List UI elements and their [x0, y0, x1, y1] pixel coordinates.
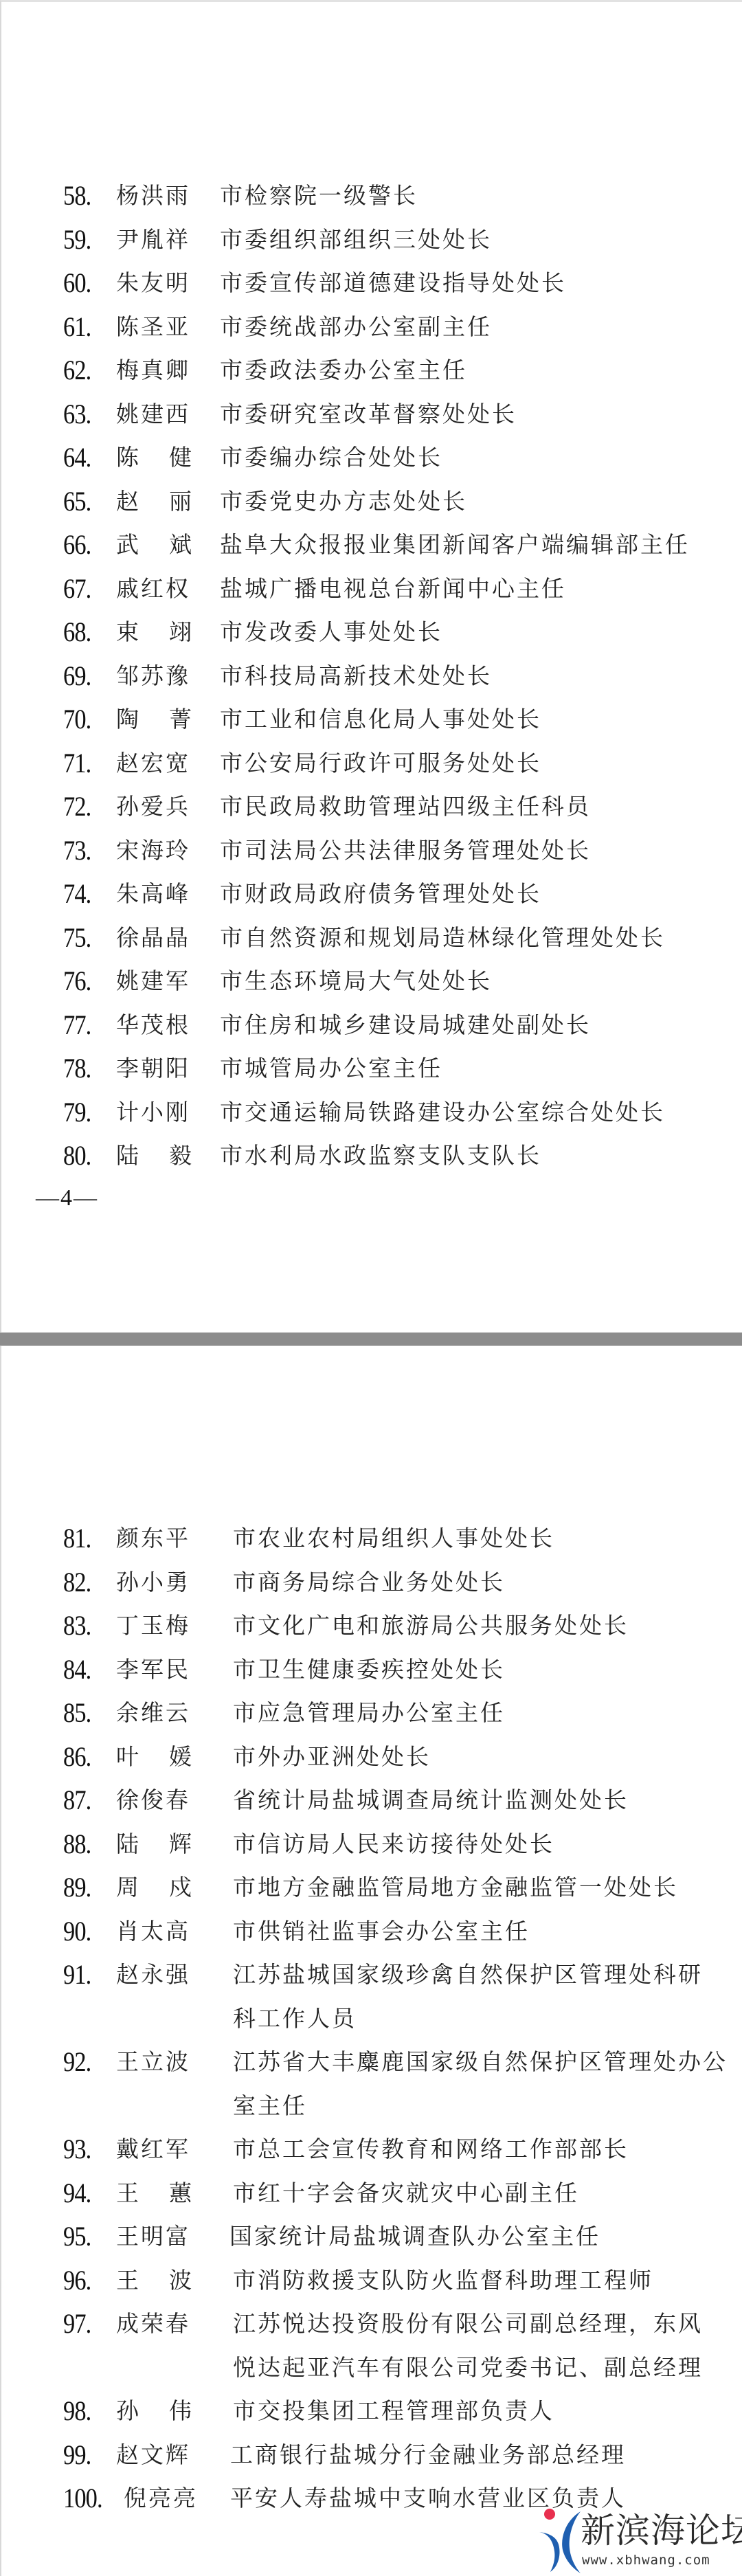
entry-position: 市住房和城乡建设局城建处副处长 [220, 1011, 591, 1039]
entry-name-char: 伟 [169, 2397, 192, 2425]
entry-name: 叶媛 [116, 1743, 192, 1771]
entry-name-char: 翊 [169, 618, 192, 646]
list-entry: 86.叶媛市外办亚洲处处长 [1, 1743, 742, 1771]
entry-position: 市地方金融监管局地方金融监管一处处长 [233, 1874, 678, 1901]
list-entry: 66.武斌盐阜大众报报业集团新闻客户端编辑部主任 [1, 531, 742, 559]
entry-number: 89. [63, 1874, 91, 1901]
entry-name: 杨洪雨 [116, 182, 192, 210]
list-entry: 95.王明富国家统计局盐城调查队办公室主任 [1, 2223, 742, 2250]
entry-position: 悦达起亚汽车有限公司党委书记、副总经理 [233, 2354, 703, 2382]
entry-name: 尹胤祥 [116, 226, 192, 254]
entry-name-char: 斌 [169, 531, 192, 559]
entry-position: 市委编办综合处处长 [220, 444, 442, 471]
entry-name-char: 束 [116, 618, 139, 646]
entry-number: 91. [63, 1961, 91, 1989]
entry-number: 95. [63, 2223, 91, 2250]
entry-name: 孙小勇 [116, 1569, 192, 1596]
list-entry: 63.姚建西市委研究室改革督察处处长 [1, 401, 742, 428]
entry-number: 99. [63, 2441, 91, 2469]
entry-number: 68. [63, 618, 91, 646]
entry-number: 75. [63, 924, 91, 952]
entry-name: 周戍 [116, 1874, 192, 1901]
entry-number: 58. [63, 182, 91, 210]
list-entry: 74.朱高峰市财政局政府债务管理处处长 [1, 880, 742, 908]
entry-name-char: 戍 [169, 1874, 192, 1901]
list-entry: 93.戴红军市总工会宣传教育和网络工作部部长 [1, 2136, 742, 2163]
entry-name: 戚红权 [116, 575, 192, 603]
entry-number: 76. [63, 967, 91, 995]
entry-name: 陈圣亚 [116, 313, 192, 341]
entry-position: 市检察院一级警长 [220, 182, 418, 210]
entry-position: 市委党史办方志处处长 [220, 488, 467, 515]
entry-name-char: 王 [116, 2180, 139, 2207]
entry-name-char: 叶 [116, 1743, 139, 1771]
page-number: —4— [36, 1187, 98, 1210]
entry-position: 室主任 [233, 2092, 307, 2120]
entry-number: 69. [63, 662, 91, 690]
xinbinhai-logo-icon [538, 2506, 586, 2575]
entry-position: 市总工会宣传教育和网络工作部部长 [233, 2136, 629, 2163]
entry-position: 国家统计局盐城调查队办公室主任 [229, 2223, 600, 2250]
list-entry: 60.朱友明市委宣传部道德建设指导处处长 [1, 269, 742, 297]
entry-name: 王明富 [116, 2223, 192, 2250]
entry-name: 赵文辉 [116, 2441, 192, 2469]
entry-name-char: 丽 [169, 488, 192, 515]
list-entry: 62.梅真卿市委政法委办公室主任 [1, 357, 742, 384]
list-entry: 99.赵文辉工商银行盐城分行金融业务部总经理 [1, 2441, 742, 2469]
list-entry: 96.王波市消防救援支队防火监督科助理工程师 [1, 2267, 742, 2294]
entry-number: 62. [63, 357, 91, 384]
entry-position: 市司法局公共法律服务管理处处长 [220, 837, 591, 864]
list-entry: 91.赵永强江苏盐城国家级珍禽自然保护区管理处科研 [1, 1961, 742, 1989]
entry-name: 李军民 [116, 1656, 192, 1683]
entry-name: 倪亮亮 [124, 2485, 199, 2512]
list-entry: 75.徐晶晶市自然资源和规划局造林绿化管理处处长 [1, 924, 742, 952]
entry-name-char: 周 [116, 1874, 139, 1901]
entry-number: 77. [63, 1011, 91, 1039]
entry-name: 肖太高 [116, 1918, 192, 1945]
list-entry: 89.周戍市地方金融监管局地方金融监管一处处长 [1, 1874, 742, 1901]
entry-name: 束翊 [116, 618, 192, 646]
entry-name-char: 媛 [169, 1743, 192, 1771]
entry-name-char: 武 [116, 531, 139, 559]
entry-position: 市委政法委办公室主任 [220, 357, 467, 384]
entry-name: 朱高峰 [116, 880, 192, 908]
entry-name: 陶菁 [116, 706, 192, 733]
entry-position: 市文化广电和旅游局公共服务处处长 [233, 1612, 629, 1639]
list-entry: 71.赵宏宽市公安局行政许可服务处处长 [1, 750, 742, 777]
entry-name: 王蕙 [116, 2180, 192, 2207]
entry-name: 陆辉 [116, 1830, 192, 1858]
list-entry: 82.孙小勇市商务局综合业务处处长 [1, 1569, 742, 1596]
entry-number: 88. [63, 1830, 91, 1858]
list-entry-continuation: 科工作人员 [1, 2005, 742, 2032]
entry-position: 市委统战部办公室副主任 [220, 313, 492, 341]
entry-name: 赵永强 [116, 1961, 192, 1989]
entry-position: 工商银行盐城分行金融业务部总经理 [230, 2441, 626, 2469]
list-entry: 98.孙伟市交投集团工程管理部负责人 [1, 2397, 742, 2425]
list-entry: 87.徐俊春省统计局盐城调查局统计监测处处长 [1, 1787, 742, 1814]
list-entry: 68.束翊市发改委人事处处长 [1, 618, 742, 646]
watermark-title: 新滨海论坛 [581, 2511, 742, 2550]
list-entry-continuation: 悦达起亚汽车有限公司党委书记、副总经理 [1, 2354, 742, 2382]
entry-number: 61. [63, 313, 91, 341]
entry-position: 市科技局高新技术处处长 [220, 662, 492, 690]
list-entry: 72.孙爱兵市民政局救助管理站四级主任科员 [1, 793, 742, 820]
entry-name-char: 菁 [169, 706, 192, 733]
entry-number: 71. [63, 750, 91, 777]
entry-number: 94. [63, 2180, 91, 2207]
entry-number: 87. [63, 1787, 91, 1814]
entry-position: 市发改委人事处处长 [220, 618, 442, 646]
entry-name: 戴红军 [116, 2136, 192, 2163]
document-page-4: 58.杨洪雨市检察院一级警长59.尹胤祥市委组织部组织三处处长60.朱友明市委宣… [0, 0, 742, 1332]
entry-name: 陆毅 [116, 1142, 192, 1169]
entry-name-char: 陆 [116, 1142, 139, 1169]
entry-number: 83. [63, 1612, 91, 1639]
entry-position: 市农业农村局组织人事处处长 [233, 1525, 554, 1552]
entry-number: 92. [63, 2048, 91, 2076]
entry-position: 江苏盐城国家级珍禽自然保护区管理处科研 [233, 1961, 703, 1989]
entry-number: 65. [63, 488, 91, 515]
entry-position: 市公安局行政许可服务处处长 [220, 750, 541, 777]
entry-number: 86. [63, 1743, 91, 1771]
entry-number: 79. [63, 1099, 91, 1126]
list-entry: 77.华茂根市住房和城乡建设局城建处副处长 [1, 1011, 742, 1039]
entry-position: 市民政局救助管理站四级主任科员 [220, 793, 591, 820]
entry-number: 80. [63, 1142, 91, 1169]
entry-position: 市信访局人民来访接待处处长 [233, 1830, 554, 1858]
entry-position: 江苏省大丰麋鹿国家级自然保护区管理处办公 [233, 2048, 728, 2076]
list-entry: 70.陶菁市工业和信息化局人事处处长 [1, 706, 742, 733]
entry-name-char: 陶 [116, 706, 139, 733]
entry-number: 90. [63, 1918, 91, 1945]
entry-name-char: 健 [169, 444, 192, 471]
list-entry: 76.姚建军市生态环境局大气处处长 [1, 967, 742, 995]
entry-position: 市委组织部组织三处处长 [220, 226, 492, 254]
entry-name: 颜东平 [116, 1525, 192, 1552]
entry-number: 98. [63, 2397, 91, 2425]
entry-position: 市卫生健康委疾控处处长 [233, 1656, 505, 1683]
list-entry: 64.陈健市委编办综合处处长 [1, 444, 742, 471]
entry-name: 孙伟 [116, 2397, 192, 2425]
entry-number: 59. [63, 226, 91, 254]
entry-position: 市委研究室改革督察处处长 [220, 401, 517, 428]
entry-name-char: 毅 [169, 1142, 192, 1169]
list-entry-continuation: 室主任 [1, 2092, 742, 2120]
list-entry: 84.李军民市卫生健康委疾控处处长 [1, 1656, 742, 1683]
list-entry: 80.陆毅市水利局水政监察支队支队长 [1, 1142, 742, 1169]
entry-number: 64. [63, 444, 91, 471]
entry-position: 市红十字会备灾就灾中心副主任 [233, 2180, 579, 2207]
entry-number: 84. [63, 1656, 91, 1683]
list-entry: 79.计小刚市交通运输局铁路建设办公室综合处处长 [1, 1099, 742, 1126]
entry-name: 赵宏宽 [116, 750, 192, 777]
entry-name-char: 王 [116, 2267, 139, 2294]
entry-number: 67. [63, 575, 91, 603]
watermark-url: www.xbhwang.com [582, 2553, 710, 2568]
entry-name-char: 辉 [169, 1830, 192, 1858]
list-entry: 85.余维云市应急管理局办公室主任 [1, 1699, 742, 1727]
entry-number: 93. [63, 2136, 91, 2163]
entry-number: 97. [63, 2310, 91, 2338]
list-entry: 65.赵丽市委党史办方志处处长 [1, 488, 742, 515]
entry-position: 市城管局办公室主任 [220, 1055, 442, 1082]
entry-position: 市工业和信息化局人事处处长 [220, 706, 541, 733]
entry-name: 李朝阳 [116, 1055, 192, 1082]
entry-name-char: 陆 [116, 1830, 139, 1858]
entry-name: 邹苏豫 [116, 662, 192, 690]
entry-position: 市消防救援支队防火监督科助理工程师 [233, 2267, 653, 2294]
list-entry: 69.邹苏豫市科技局高新技术处处长 [1, 662, 742, 690]
list-entry: 61.陈圣亚市委统战部办公室副主任 [1, 313, 742, 341]
entry-position: 市交通运输局铁路建设办公室综合处处长 [220, 1099, 665, 1126]
list-entry: 83.丁玉梅市文化广电和旅游局公共服务处处长 [1, 1612, 742, 1639]
entry-position: 市供销社监事会办公室主任 [233, 1918, 530, 1945]
list-entry: 58.杨洪雨市检察院一级警长 [1, 182, 742, 210]
list-entry: 92.王立波江苏省大丰麋鹿国家级自然保护区管理处办公 [1, 2048, 742, 2076]
entry-number: 100. [63, 2485, 102, 2512]
entry-name: 赵丽 [116, 488, 192, 515]
entry-number: 85. [63, 1699, 91, 1727]
entry-name: 孙爱兵 [116, 793, 192, 820]
entry-number: 82. [63, 1569, 91, 1596]
entry-name-char: 蕙 [169, 2180, 192, 2207]
list-entry: 94.王蕙市红十字会备灾就灾中心副主任 [1, 2180, 742, 2207]
list-entry: 67.戚红权盐城广播电视总台新闻中心主任 [1, 575, 742, 603]
entry-position: 市应急管理局办公室主任 [233, 1699, 505, 1727]
entry-name: 成荣春 [116, 2310, 192, 2338]
entry-name: 徐俊春 [116, 1787, 192, 1814]
entry-number: 63. [63, 401, 91, 428]
entry-number: 74. [63, 880, 91, 908]
entry-number: 70. [63, 706, 91, 733]
entry-name-char: 孙 [116, 2397, 139, 2425]
entry-position: 市自然资源和规划局造林绿化管理处处长 [220, 924, 665, 952]
list-entry: 90.肖太高市供销社监事会办公室主任 [1, 1918, 742, 1945]
entry-number: 73. [63, 837, 91, 864]
entry-position: 江苏悦达投资股份有限公司副总经理，东风 [233, 2310, 703, 2338]
list-entry: 59.尹胤祥市委组织部组织三处处长 [1, 226, 742, 254]
entry-number: 60. [63, 269, 91, 297]
entry-number: 96. [63, 2267, 91, 2294]
entry-name: 姚建西 [116, 401, 192, 428]
entry-name: 王波 [116, 2267, 192, 2294]
entry-number: 72. [63, 793, 91, 820]
entry-position: 市商务局综合业务处处长 [233, 1569, 505, 1596]
entry-name: 丁玉梅 [116, 1612, 192, 1639]
document-page-5: 81.颜东平市农业农村局组织人事处处长82.孙小勇市商务局综合业务处处长83.丁… [0, 1346, 742, 2576]
entry-name: 计小刚 [116, 1099, 192, 1126]
list-entry: 78.李朝阳市城管局办公室主任 [1, 1055, 742, 1082]
entry-position: 市财政局政府债务管理处处长 [220, 880, 541, 908]
entry-position: 科工作人员 [233, 2005, 357, 2032]
entry-position: 盐阜大众报报业集团新闻客户端编辑部主任 [220, 531, 690, 559]
entry-position: 市委宣传部道德建设指导处处长 [220, 269, 566, 297]
entry-name: 朱友明 [116, 269, 192, 297]
list-entry: 88.陆辉市信访局人民来访接待处处长 [1, 1830, 742, 1858]
entry-position: 盐城广播电视总台新闻中心主任 [220, 575, 566, 603]
entry-position: 省统计局盐城调查局统计监测处处长 [233, 1787, 629, 1814]
entry-name: 王立波 [116, 2048, 192, 2076]
entry-name: 陈健 [116, 444, 192, 471]
page-divider [0, 1332, 742, 1346]
entry-number: 78. [63, 1055, 91, 1082]
entry-name: 余维云 [116, 1699, 192, 1727]
list-entry: 73.宋海玲市司法局公共法律服务管理处处长 [1, 837, 742, 864]
entry-name: 武斌 [116, 531, 192, 559]
entry-position: 市水利局水政监察支队支队长 [220, 1142, 541, 1169]
entry-name: 华茂根 [116, 1011, 192, 1039]
entry-number: 81. [63, 1525, 91, 1552]
entry-number: 66. [63, 531, 91, 559]
list-entry: 97.成荣春江苏悦达投资股份有限公司副总经理，东风 [1, 2310, 742, 2338]
entry-position: 市交投集团工程管理部负责人 [233, 2397, 554, 2425]
entry-name: 徐晶晶 [116, 924, 192, 952]
entry-position: 市外办亚洲处处长 [233, 1743, 431, 1771]
list-entry: 81.颜东平市农业农村局组织人事处处长 [1, 1525, 742, 1552]
entry-name: 姚建军 [116, 967, 192, 995]
entry-name: 宋海玲 [116, 837, 192, 864]
watermark: 新滨海论坛 www.xbhwang.com [538, 2506, 741, 2575]
entry-name: 梅真卿 [116, 357, 192, 384]
entry-name-char: 陈 [116, 444, 139, 471]
entry-name-char: 赵 [116, 488, 139, 515]
entry-position: 市生态环境局大气处处长 [220, 967, 492, 995]
entry-name-char: 波 [169, 2267, 192, 2294]
